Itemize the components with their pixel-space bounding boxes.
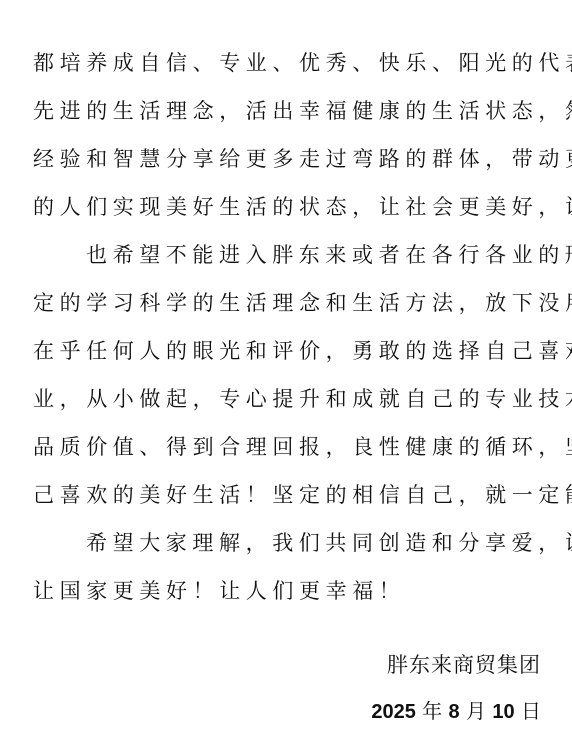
date-month-unit: 月: [466, 699, 486, 723]
paragraph-1-line-2: 先进的生活理念，活出幸福健康的生活状态，然后把自己的: [33, 96, 572, 126]
date-year-unit: 年: [422, 699, 442, 723]
paragraph-3-line-1: 希望大家理解，我们共同创造和分享爱，让社会更美好！: [86, 528, 572, 558]
date-day-unit: 日: [521, 699, 541, 723]
paragraph-1-line-4: 的人们实现美好生活的状态，让社会更美好，让国家更美好！: [33, 192, 572, 222]
paragraph-2-line-1: 也希望不能进入胖东来或者在各行各业的刑释人员，坚: [86, 240, 572, 270]
date-month: 8: [449, 701, 460, 723]
date-year: 2025: [371, 701, 416, 723]
date: 2025 年 8 月 10 日: [371, 696, 541, 727]
signature: 胖东来商贸集团: [387, 650, 541, 680]
paragraph-1-line-1: 都培养成自信、专业、优秀、快乐、阳光的代表，懂得科学: [33, 48, 572, 78]
paragraph-1-line-3: 经验和智慧分享给更多走过弯路的群体，带动更多走过弯路: [33, 144, 572, 174]
date-day: 10: [492, 701, 514, 723]
paragraph-2-line-2: 定的学习科学的生活理念和生活方法，放下没用的面子，不: [33, 288, 572, 318]
paragraph-3-line-2: 让国家更美好！让人们更幸福！: [33, 576, 405, 606]
paragraph-2-line-3: 在乎任何人的眼光和评价，勇敢的选择自己喜欢的行业和职: [33, 336, 572, 366]
paragraph-2-line-4: 业，从小做起，专心提升和成就自己的专业技术能力，创造: [33, 384, 572, 414]
paragraph-2-line-6: 己喜欢的美好生活！坚定的相信自己，就一定能做到！: [33, 480, 572, 510]
paragraph-2-line-5: 品质价值、得到合理回报，良性健康的循环，坚定的活出自: [33, 432, 572, 462]
